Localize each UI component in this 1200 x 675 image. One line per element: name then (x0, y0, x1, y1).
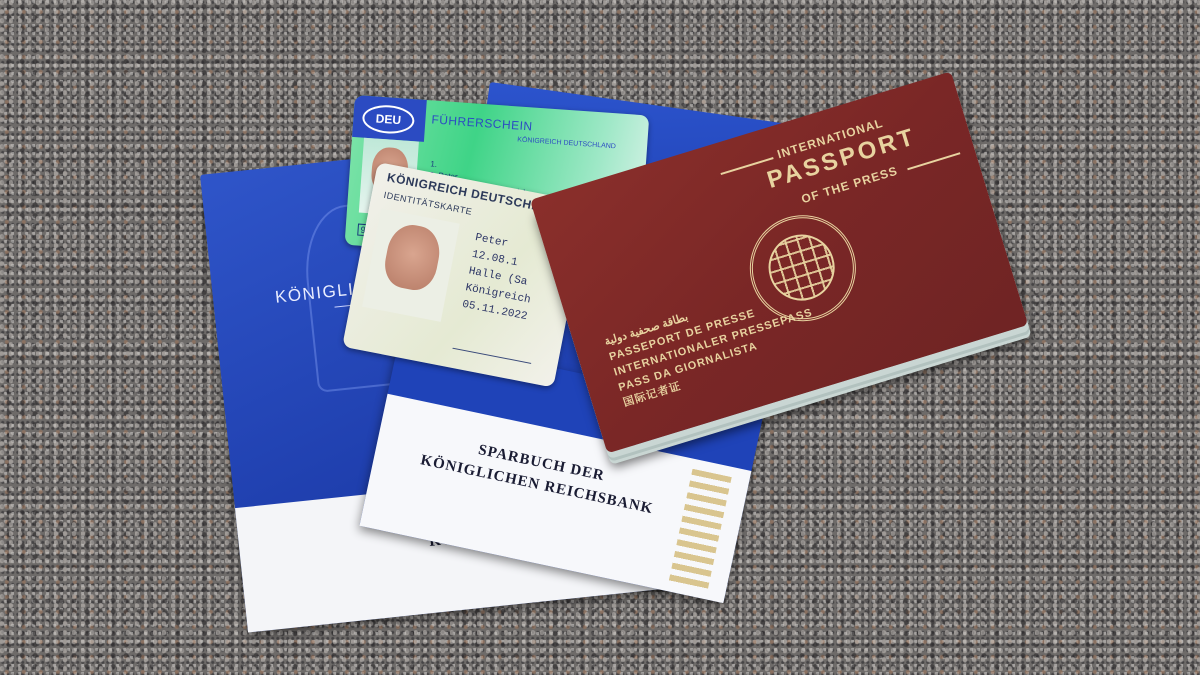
divider (907, 152, 960, 170)
id-photo (362, 208, 460, 321)
id-fields: Peter 12.08.1 Halle (Sa Königreich 05.11… (461, 230, 542, 326)
deu-badge: DEU (361, 104, 415, 136)
licence-title: FÜHRERSCHEIN (431, 112, 533, 133)
signature (452, 331, 541, 364)
licence-country: KÖNIGREICH DEUTSCHLAND (517, 136, 616, 150)
face-portrait (381, 221, 444, 294)
licence-header: DEU (352, 95, 427, 142)
passport-languages: بطاقة صحفية دولية PASSEPORT DE PRESSE IN… (603, 274, 824, 411)
